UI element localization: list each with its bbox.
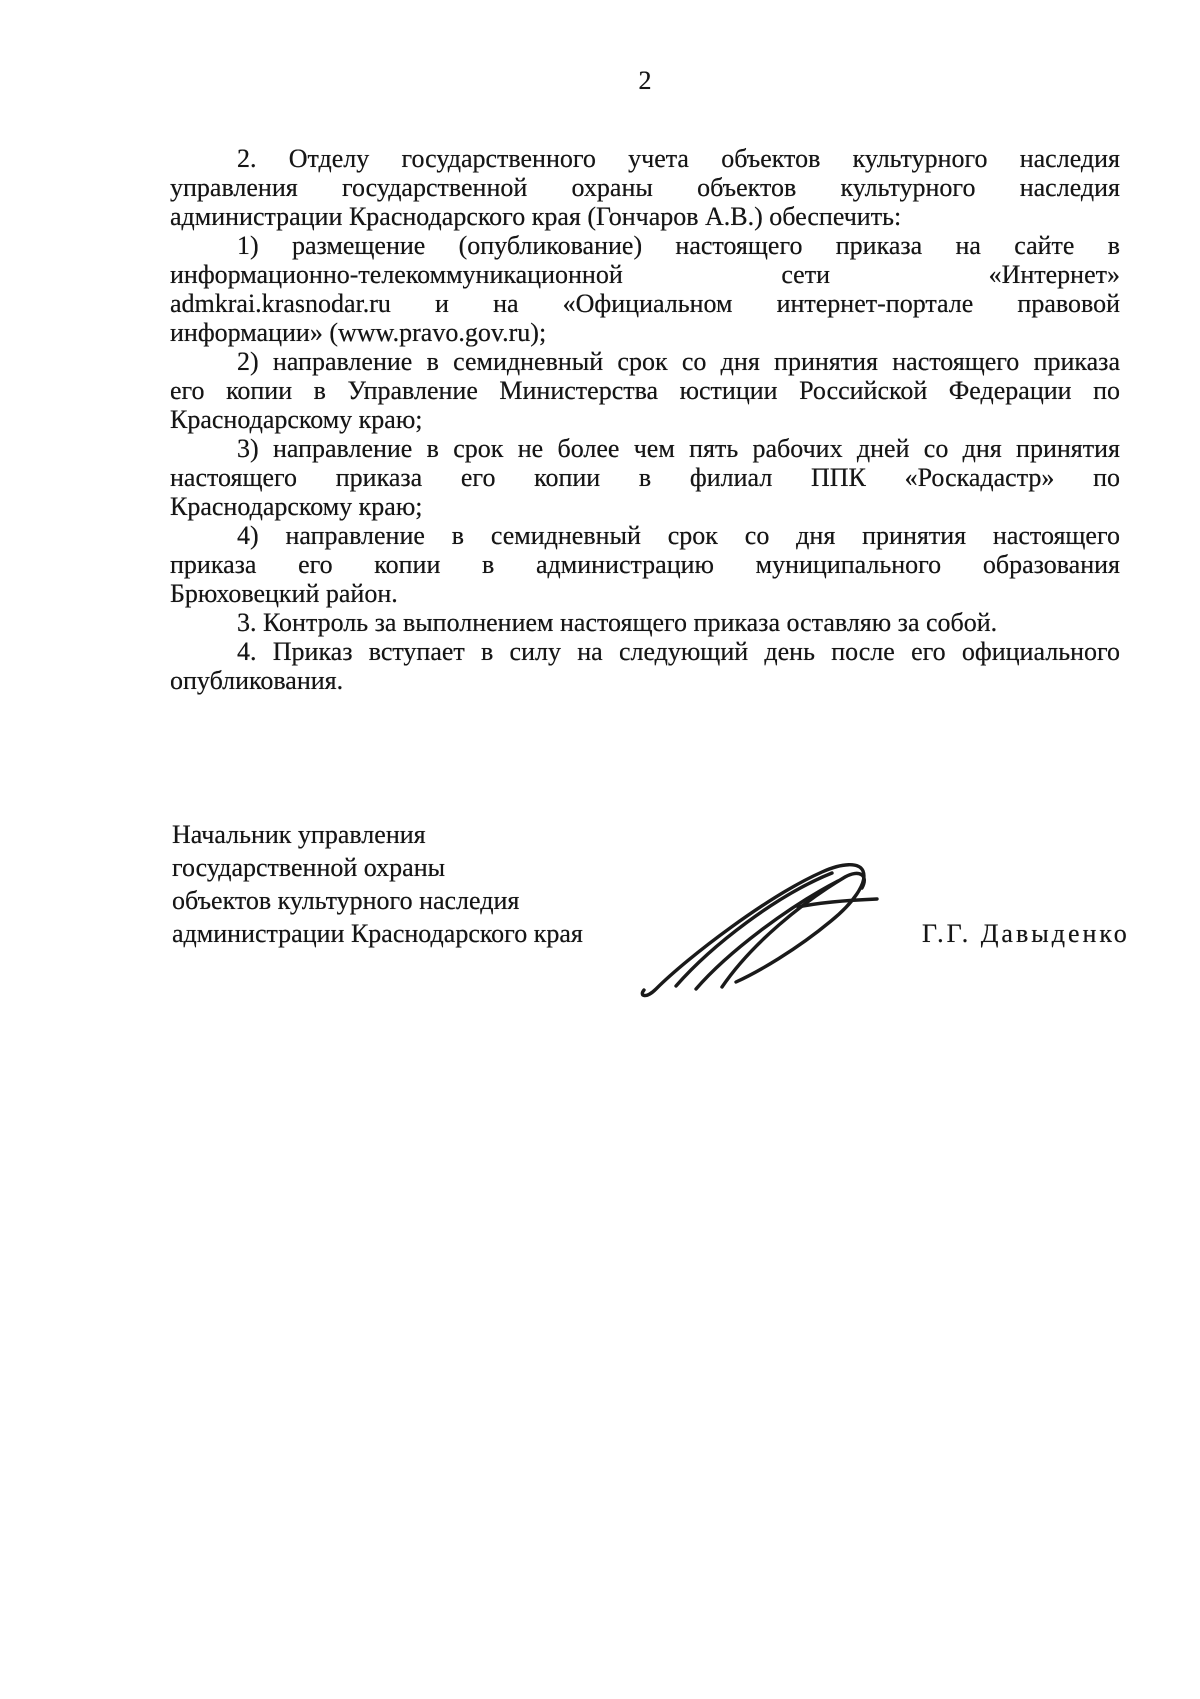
text-line: 3. Контроль за выполнением настоящего пр… bbox=[170, 608, 1120, 637]
text-line: 1) размещение (опубликование) настоящего… bbox=[170, 231, 1120, 260]
paragraph-point-4: 4. Приказ вступает в силу на следующий д… bbox=[170, 637, 1120, 695]
signatory-name: Г.Г. Давыденко bbox=[922, 919, 1130, 948]
page-number: 2 bbox=[170, 66, 1120, 95]
paragraph-point-2: 2. Отделу государственного учета объекто… bbox=[170, 144, 1120, 231]
text-line: 4. Приказ вступает в силу на следующий д… bbox=[170, 637, 1120, 666]
signatory-title-line: объектов культурного наследия bbox=[172, 884, 692, 917]
text-line: информации» (www.pravo.gov.ru); bbox=[170, 318, 1120, 347]
subparagraph-1: 1) размещение (опубликование) настоящего… bbox=[170, 231, 1120, 347]
handwritten-signature-icon bbox=[626, 858, 882, 1000]
subparagraph-4: 4) направление в семидневный срок со дня… bbox=[170, 521, 1120, 608]
signatory-title: Начальник управления государственной охр… bbox=[172, 818, 692, 950]
document-body: 2. Отделу государственного учета объекто… bbox=[170, 144, 1120, 695]
text-line: приказа его копии в администрацию муници… bbox=[170, 550, 1120, 579]
document-page: 2 2. Отделу государственного учета объек… bbox=[0, 0, 1200, 1699]
text-line: управления государственной охраны объект… bbox=[170, 173, 1120, 202]
text-line: информационно-телекоммуникационной сети … bbox=[170, 260, 1120, 289]
signatory-title-line: государственной охраны bbox=[172, 851, 692, 884]
text-line: 3) направление в срок не более чем пять … bbox=[170, 434, 1120, 463]
text-line: его копии в Управление Министерства юсти… bbox=[170, 376, 1120, 405]
subparagraph-2: 2) направление в семидневный срок со дня… bbox=[170, 347, 1120, 434]
text-line: администрации Краснодарского края (Гонча… bbox=[170, 202, 1120, 231]
text-line: 4) направление в семидневный срок со дня… bbox=[170, 521, 1120, 550]
text-line: Брюховецкий район. bbox=[170, 579, 1120, 608]
signatory-title-line: Начальник управления bbox=[172, 818, 692, 851]
text-line: Краснодарскому краю; bbox=[170, 405, 1120, 434]
subparagraph-3: 3) направление в срок не более чем пять … bbox=[170, 434, 1120, 521]
text-line: 2) направление в семидневный срок со дня… bbox=[170, 347, 1120, 376]
text-line: admkrai.krasnodar.ru и на «Официальном и… bbox=[170, 289, 1120, 318]
text-line: опубликования. bbox=[170, 666, 1120, 695]
text-line: Краснодарскому краю; bbox=[170, 492, 1120, 521]
paragraph-point-3: 3. Контроль за выполнением настоящего пр… bbox=[170, 608, 1120, 637]
signatory-title-line: администрации Краснодарского края bbox=[172, 917, 692, 950]
text-line: настоящего приказа его копии в филиал ПП… bbox=[170, 463, 1120, 492]
text-line: 2. Отделу государственного учета объекто… bbox=[170, 144, 1120, 173]
